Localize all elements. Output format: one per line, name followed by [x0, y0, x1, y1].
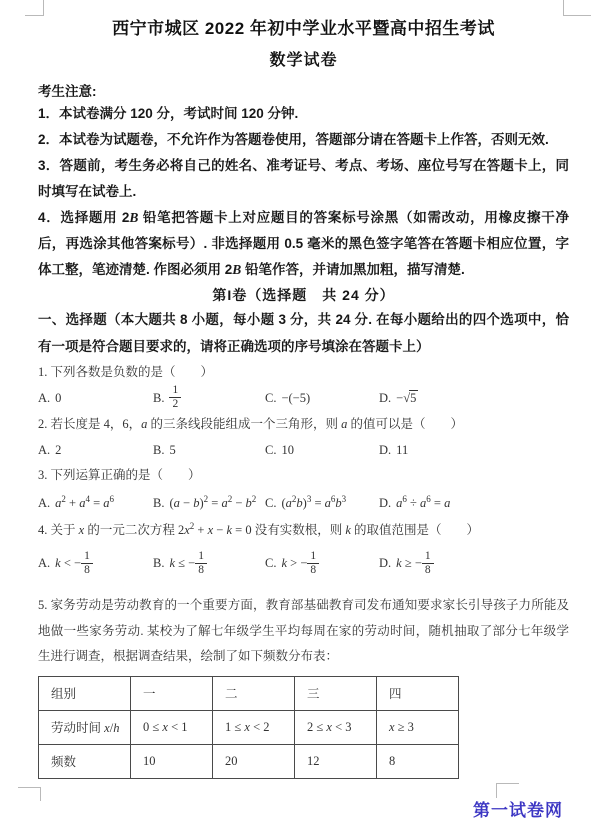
question-2-option-d: D.11 [379, 443, 569, 458]
notice-item-1: 1．本试卷满分 120 分，考试时间 120 分钟. [38, 101, 569, 127]
question-4-options: A.k < −18 B.k ≤ −18 C.k > −18 D.k ≥ −18 [38, 543, 569, 585]
option-value: 12 [169, 391, 181, 405]
table-cell: 三 [295, 676, 377, 710]
table-cell: 一 [131, 676, 213, 710]
option-value: 2 [55, 443, 61, 457]
question-5: 5. 家务劳动是劳动教育的一个重要方面，教育部基础教育司发布通知要求家长引导孩子… [38, 593, 569, 779]
notice-item-4: 4．选择题用 2B 铅笔把答题卡上对应题目的答案标号涂黑（如需改动，用橡皮擦干净… [38, 205, 569, 283]
table-row-time: 劳动时间 x/h 0 ≤ x < 1 1 ≤ x < 2 2 ≤ x < 3 x… [39, 710, 459, 744]
option-value: k > −18 [281, 556, 319, 570]
crop-mark-top-right [563, 0, 591, 16]
question-2-option-a: A.2 [38, 443, 153, 458]
option-label: A. [38, 496, 50, 510]
question-3-option-d: D.a6 ÷ a6 = a [379, 496, 569, 511]
question-3-option-b: B.(a − b)2 = a2 − b2 [153, 496, 265, 511]
question-1-options: A.0 B.12 C.−(−5) D.−√5 [38, 385, 569, 412]
question-3-options: A.a2 + a4 = a6 B.(a − b)2 = a2 − b2 C.(a… [38, 488, 569, 518]
frequency-table: 组别 一 二 三 四 劳动时间 x/h 0 ≤ x < 1 1 ≤ x < 2 … [38, 676, 459, 779]
section-intro: 一、选择题（本大题共 8 小题，每小题 3 分，共 24 分. 在每小题给出的四… [38, 307, 569, 360]
option-label: C. [265, 443, 276, 457]
option-label: A. [38, 556, 50, 570]
table-row-group: 组别 一 二 三 四 [39, 676, 459, 710]
option-value: 10 [281, 443, 294, 457]
question-3-option-a: A.a2 + a4 = a6 [38, 496, 153, 511]
table-cell: x ≥ 3 [377, 710, 459, 744]
question-1-option-b: B.12 [153, 385, 265, 412]
question-1: 1. 下列各数是负数的是（ ） A.0 B.12 C.−(−5) D.−√5 [38, 360, 569, 412]
option-label: A. [38, 391, 50, 405]
option-value: −(−5) [281, 391, 310, 405]
notice-item-3: 3．答题前，考生务必将自己的姓名、准考证号、考点、考场、座位号写在答题卡上，同时… [38, 153, 569, 205]
option-label: B. [153, 556, 164, 570]
option-label: C. [265, 391, 276, 405]
option-label: B. [153, 391, 164, 405]
table-cell: 劳动时间 x/h [39, 710, 131, 744]
question-1-option-d: D.−√5 [379, 391, 569, 406]
section-title: 第I卷（选择题 共 24 分） [38, 283, 569, 307]
option-value: k < −18 [55, 556, 93, 570]
question-4-stem: 4. 关于 x 的一元二次方程 2x2 + x − k = 0 没有实数根，则 … [38, 518, 569, 543]
question-2-options: A.2 B.5 C.10 D.11 [38, 437, 569, 463]
question-1-stem: 1. 下列各数是负数的是（ ） [38, 360, 569, 385]
question-3-option-c: C.(a2b)3 = a6b3 [265, 496, 379, 511]
option-label: C. [265, 556, 276, 570]
option-label: B. [153, 443, 164, 457]
table-row-frequency: 频数 10 20 12 8 [39, 744, 459, 778]
question-2: 2. 若长度是 4，6，a 的三条线段能组成一个三角形，则 a 的值可以是（ ）… [38, 412, 569, 463]
option-value: (a2b)3 = a6b3 [281, 496, 346, 510]
watermark-link[interactable]: 第一试卷网 [473, 796, 563, 821]
question-1-option-a: A.0 [38, 391, 153, 406]
table-cell: 频数 [39, 744, 131, 778]
question-2-stem: 2. 若长度是 4，6，a 的三条线段能组成一个三角形，则 a 的值可以是（ ） [38, 412, 569, 437]
option-label: B. [153, 496, 164, 510]
table-cell: 12 [295, 744, 377, 778]
paper-subject-title: 数学试卷 [38, 50, 569, 71]
option-value: (a − b)2 = a2 − b2 [169, 496, 256, 510]
question-4-option-a: A.k < −18 [38, 551, 153, 578]
question-5-stem: 5. 家务劳动是劳动教育的一个重要方面，教育部基础教育司发布通知要求家长引导孩子… [38, 593, 569, 670]
table-cell: 0 ≤ x < 1 [131, 710, 213, 744]
option-label: D. [379, 556, 391, 570]
question-4: 4. 关于 x 的一元二次方程 2x2 + x − k = 0 没有实数根，则 … [38, 518, 569, 585]
exam-paper-page: 西宁市城区 2022 年初中学业水平暨高中招生考试 数学试卷 考生注意: 1．本… [0, 0, 599, 829]
question-3: 3. 下列运算正确的是（ ） A.a2 + a4 = a6 B.(a − b)2… [38, 463, 569, 518]
question-2-option-b: B.5 [153, 443, 265, 458]
question-2-option-c: C.10 [265, 443, 379, 458]
question-4-option-b: B.k ≤ −18 [153, 551, 265, 578]
option-label: A. [38, 443, 50, 457]
table-cell: 1 ≤ x < 2 [213, 710, 295, 744]
notice-item-2: 2．本试卷为试题卷，不允许作为答题卷使用，答题部分请在答题卡上作答，否则无效. [38, 127, 569, 153]
option-value: 0 [55, 391, 61, 405]
option-value: a2 + a4 = a6 [55, 496, 114, 510]
option-value: a6 ÷ a6 = a [396, 496, 450, 510]
table-cell: 组别 [39, 676, 131, 710]
question-3-stem: 3. 下列运算正确的是（ ） [38, 463, 569, 488]
option-label: D. [379, 496, 391, 510]
option-label: D. [379, 391, 391, 405]
option-value: 5 [169, 443, 175, 457]
table-cell: 8 [377, 744, 459, 778]
question-4-option-d: D.k ≥ −18 [379, 551, 569, 578]
crop-mark-bottom-left [18, 787, 41, 801]
table-cell: 2 ≤ x < 3 [295, 710, 377, 744]
table-cell: 二 [213, 676, 295, 710]
crop-mark-top-left [25, 0, 44, 16]
option-label: D. [379, 443, 391, 457]
question-4-option-c: C.k > −18 [265, 551, 379, 578]
notice-heading: 考生注意: [38, 83, 569, 101]
question-1-option-c: C.−(−5) [265, 391, 379, 406]
option-value: k ≥ −18 [396, 556, 433, 570]
table-cell: 20 [213, 744, 295, 778]
table-cell: 四 [377, 676, 459, 710]
option-label: C. [265, 496, 276, 510]
table-cell: 10 [131, 744, 213, 778]
exam-title: 西宁市城区 2022 年初中学业水平暨高中招生考试 [38, 18, 569, 40]
option-value: k ≤ −18 [169, 556, 206, 570]
option-value: −√5 [396, 391, 418, 405]
option-value: 11 [396, 443, 408, 457]
